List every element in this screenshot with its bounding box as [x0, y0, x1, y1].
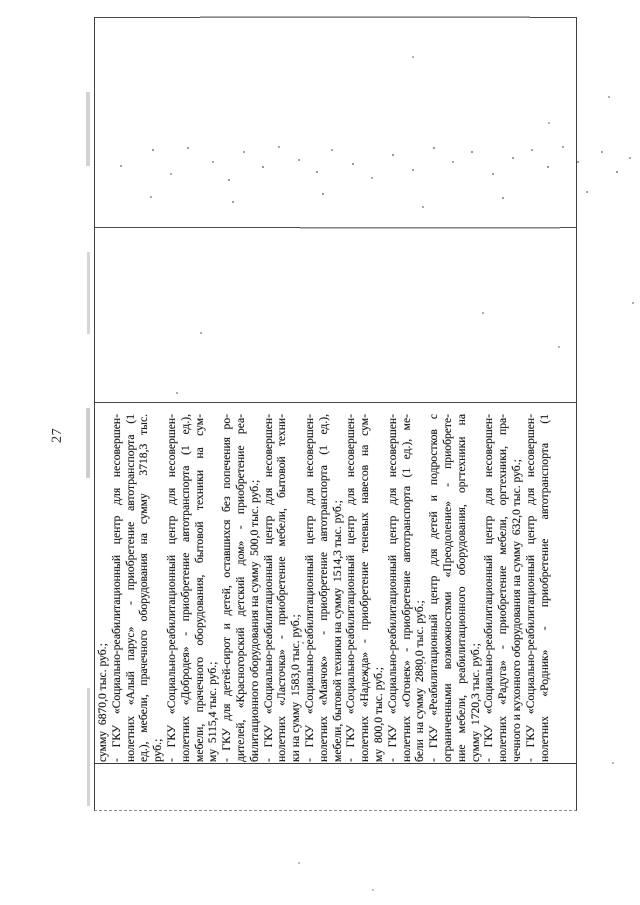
text-line: чечного и кухонного оборудования на сумм…: [510, 414, 524, 762]
text-line: - ГКУ «Социально-реабилитационный центр …: [386, 414, 400, 762]
text-line: бели на сумму 2880,0 тыс. руб.;: [413, 414, 427, 762]
text-line: нолетних «Ласточка» - приобретение мебел…: [275, 414, 289, 762]
table-column-divider: [95, 763, 576, 764]
text-line: ки на сумму 1583,0 тыс. руб.;: [289, 414, 303, 762]
text-line: нолетних «Надежда» - приобретение теневы…: [358, 414, 372, 762]
text-line: руб.;: [151, 414, 165, 762]
scanned-document-page: 27 сумму 6870,0 тыс. руб.;- ГКУ «Социаль…: [0, 0, 640, 905]
text-line: нолетних «Огонек» - приобретение автотра…: [400, 414, 414, 762]
text-line: ние мебели, реабилитационного оборудован…: [455, 414, 469, 762]
text-line: - ГКУ «Социально-реабилитационный центр …: [344, 414, 358, 762]
text-line: - ГКУ «Реабилитационный центр для детей …: [427, 414, 441, 762]
text-line: нолетних «Радуга» - приобретение мебели,…: [496, 414, 510, 762]
table-column-divider: [95, 227, 576, 228]
text-line: ед.), мебели, прачечного оборудования на…: [137, 414, 151, 762]
text-line: - ГКУ «Социально-реабилитационный центр …: [262, 414, 276, 762]
text-line: - ГКУ «Социально-реабилитационный центр …: [110, 414, 124, 762]
text-line: - ГКУ «Социально-реабилитационный центр …: [165, 414, 179, 762]
text-line: нолетних «Алый парус» - приобретение авт…: [124, 414, 138, 762]
text-line: му 5115,4 тыс. руб.;: [206, 414, 220, 762]
text-line: билитационного оборудования на сумму 500…: [248, 414, 262, 762]
text-line: - ГКУ «Социально-реабилитационный центр …: [524, 414, 538, 762]
text-line: - ГКУ «Социально-реабилитационный центр …: [303, 414, 317, 762]
text-line: ограниченными возможностями «Преодоление…: [441, 414, 455, 762]
table-cell-text: сумму 6870,0 тыс. руб.;- ГКУ «Социально-…: [96, 414, 551, 762]
text-line: нолетних «Маячок» - приобретение автотра…: [317, 414, 331, 762]
table-column-divider: [95, 402, 576, 403]
text-line: му 800,0 тыс. руб.;: [372, 414, 386, 762]
text-line: дителей, «Красногорский детский дом» - п…: [234, 414, 248, 762]
text-line: мебели, бытовой техники на сумму 1514,3 …: [331, 414, 345, 762]
text-line: - ГКУ для детей-сирот и детей, оставшихс…: [220, 414, 234, 762]
rotated-page-content: 27 сумму 6870,0 тыс. руб.;- ГКУ «Социаль…: [0, 0, 640, 905]
text-line: сумму 1720,3 тыс. руб.;: [469, 414, 483, 762]
text-line: мебели, прачечного оборудования, бытовой…: [193, 414, 207, 762]
text-line: нолетних «Родник» - приобретение автотра…: [538, 414, 552, 762]
text-line: - ГКУ «Социально-реабилитационный центр …: [482, 414, 496, 762]
text-line: нолетних «Добродея» - приобретение автот…: [179, 414, 193, 762]
text-line: сумму 6870,0 тыс. руб.;: [96, 414, 110, 762]
page-number: 27: [50, 428, 67, 444]
report-table: сумму 6870,0 тыс. руб.;- ГКУ «Социально-…: [94, 17, 577, 811]
